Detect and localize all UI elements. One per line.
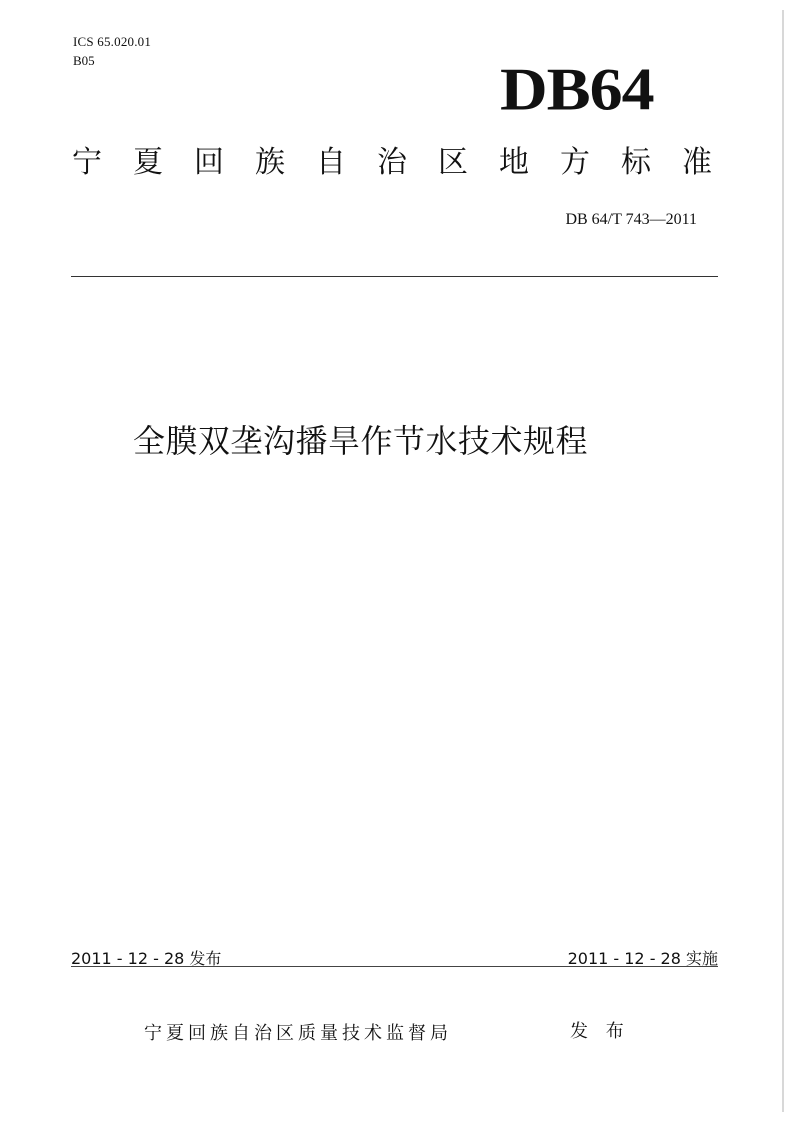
standard-type-heading: 宁 夏 回 族 自 治 区 地 方 标 准 (72, 148, 712, 178)
standard-type-char: 地 (499, 148, 529, 178)
standard-type-char: 自 (316, 148, 346, 178)
standard-type-char: 准 (682, 148, 712, 178)
document-title: 全膜双垄沟播旱作节水技术规程 (133, 425, 588, 457)
header-divider (71, 276, 718, 277)
standard-type-char: 族 (255, 148, 285, 178)
standard-type-char: 治 (377, 148, 407, 178)
publisher-action: 发 布 (570, 1017, 630, 1043)
standard-number: DB 64/T 743—2011 (565, 211, 697, 229)
standard-type-char: 区 (438, 148, 468, 178)
publisher-name: 宁夏回族自治区质量技术监督局 (144, 1019, 452, 1045)
standard-type-char: 方 (560, 148, 590, 178)
standard-type-char: 宁 (72, 148, 102, 178)
footer-divider (71, 966, 718, 967)
ccs-code: B05 (73, 53, 95, 69)
standard-type-char: 标 (621, 148, 651, 178)
standard-type-char: 回 (194, 148, 224, 178)
ics-code: ICS 65.020.01 (73, 34, 151, 50)
standard-type-char: 夏 (133, 148, 163, 178)
db-logo: DB64 (500, 60, 654, 121)
page-edge-shadow (782, 10, 784, 1112)
